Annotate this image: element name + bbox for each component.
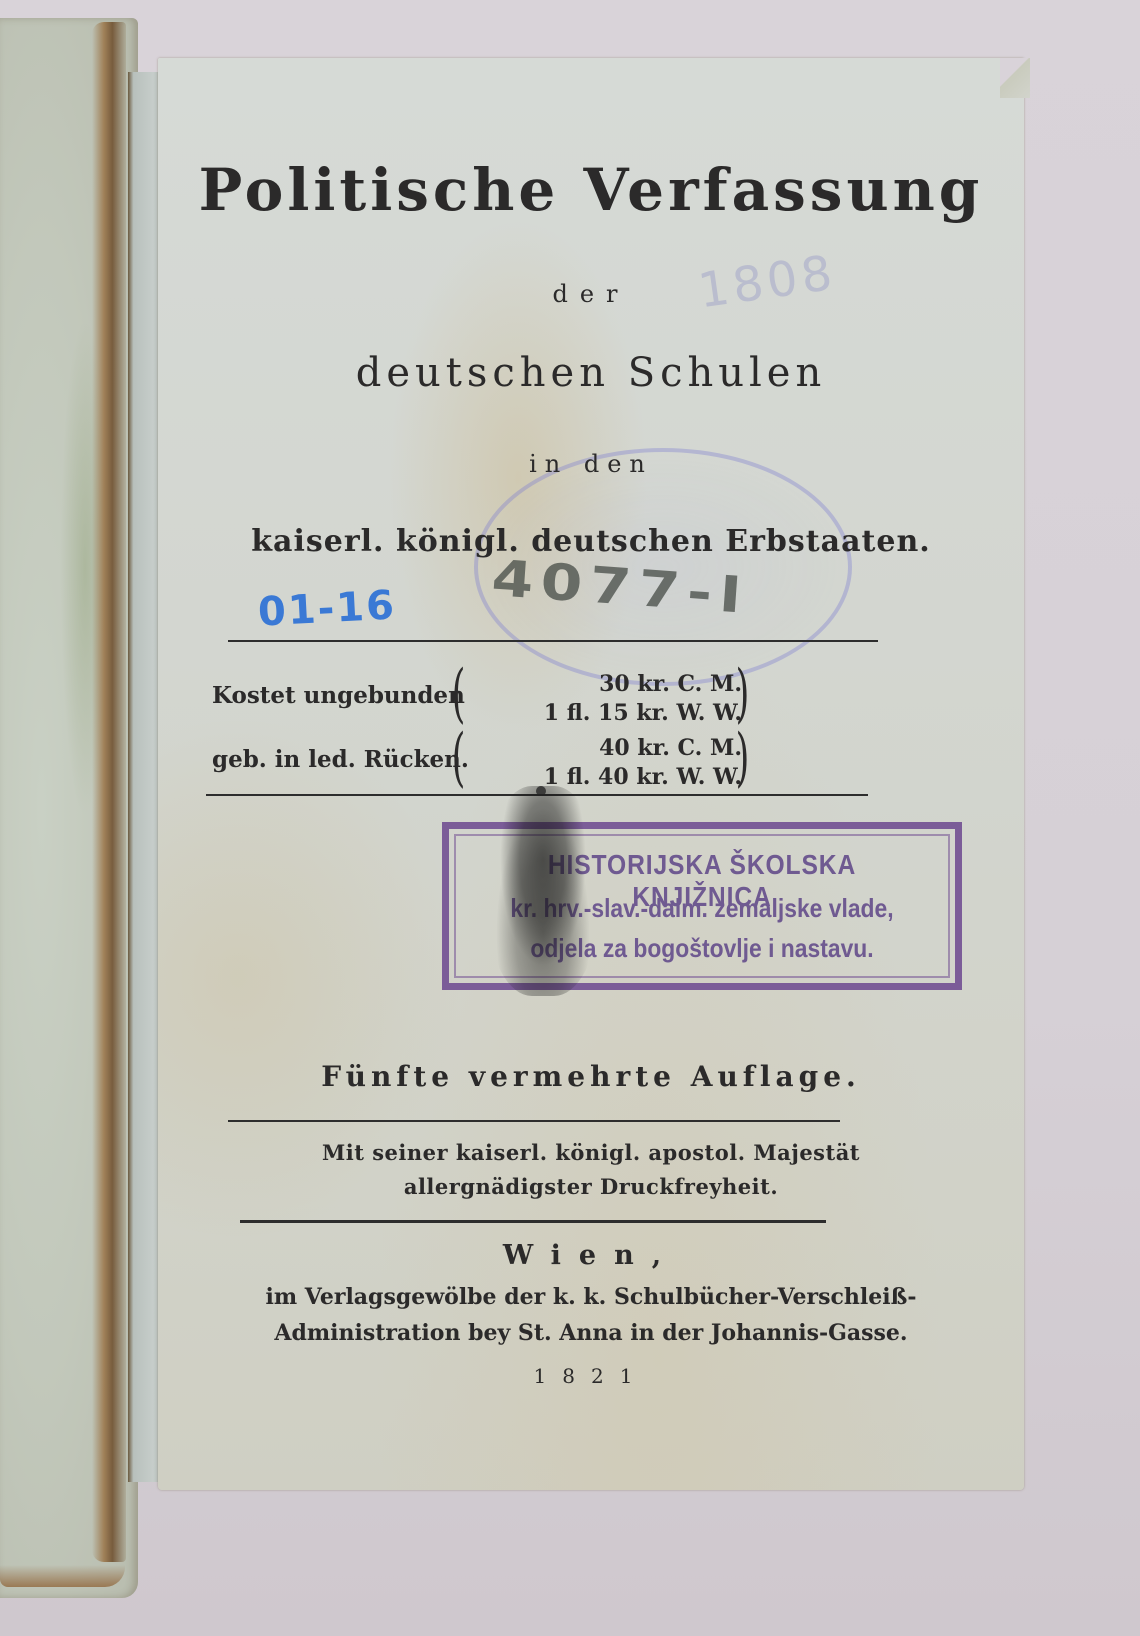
title-connector-der: der [158,280,1024,308]
title-page: 1808 Politische Verfassung der deutschen… [158,58,1024,1490]
privilege-line-2: allergnädigster Druckfreyheit. [158,1174,1024,1199]
bracket-right: ) [736,662,750,726]
privilege-line-1: Mit seiner kaiserl. königl. apostol. Maj… [158,1140,1024,1165]
book-spine-edge [92,22,126,1562]
divider-rule-3 [228,1120,840,1122]
cover-wear-stain [0,1565,125,1587]
divider-rule-1 [228,640,878,642]
imprint-city: Wien, [158,1240,1024,1271]
price-row-unbound: Kostet ungebunden ( 30 kr. C. M. 1 fl. 1… [212,668,772,732]
blue-shelfmark: 01-16 [257,582,397,635]
publication-year: 1821 [158,1364,1024,1388]
price-value: 40 kr. C. M. [484,734,742,763]
price-values: 40 kr. C. M. 1 fl. 40 kr. W. W. [484,734,742,792]
price-label: Kostet ungebunden [212,682,465,709]
book-title: Politische Verfassung [158,156,1024,224]
divider-rule-4 [240,1220,826,1223]
book-subtitle-2: kaiserl. königl. deutschen Erbstaaten. [158,524,1024,559]
price-label: geb. in led. Rücken. [212,746,469,773]
double-eagle-emblem-icon [488,786,598,996]
bracket-left: ( [452,662,466,726]
price-values: 30 kr. C. M. 1 fl. 15 kr. W. W. [484,670,742,728]
bracket-left: ( [452,726,466,790]
price-row-bound: geb. in led. Rücken. ( 40 kr. C. M. 1 fl… [212,732,772,796]
bracket-right: ) [736,726,750,790]
price-value: 1 fl. 15 kr. W. W. [484,699,742,728]
imprint-line-1: im Verlagsgewölbe der k. k. Schulbücher-… [158,1284,1024,1310]
imprint-line-2: Administration bey St. Anna in der Johan… [158,1320,1024,1346]
page-corner-fold [1000,58,1030,98]
price-table: Kostet ungebunden ( 30 kr. C. M. 1 fl. 1… [212,668,772,796]
edition-statement: Fünfte vermehrte Auflage. [158,1060,1024,1093]
book-subtitle: deutschen Schulen [158,350,1024,396]
title-connector-in-den: in den [158,450,1024,478]
price-value: 30 kr. C. M. [484,670,742,699]
